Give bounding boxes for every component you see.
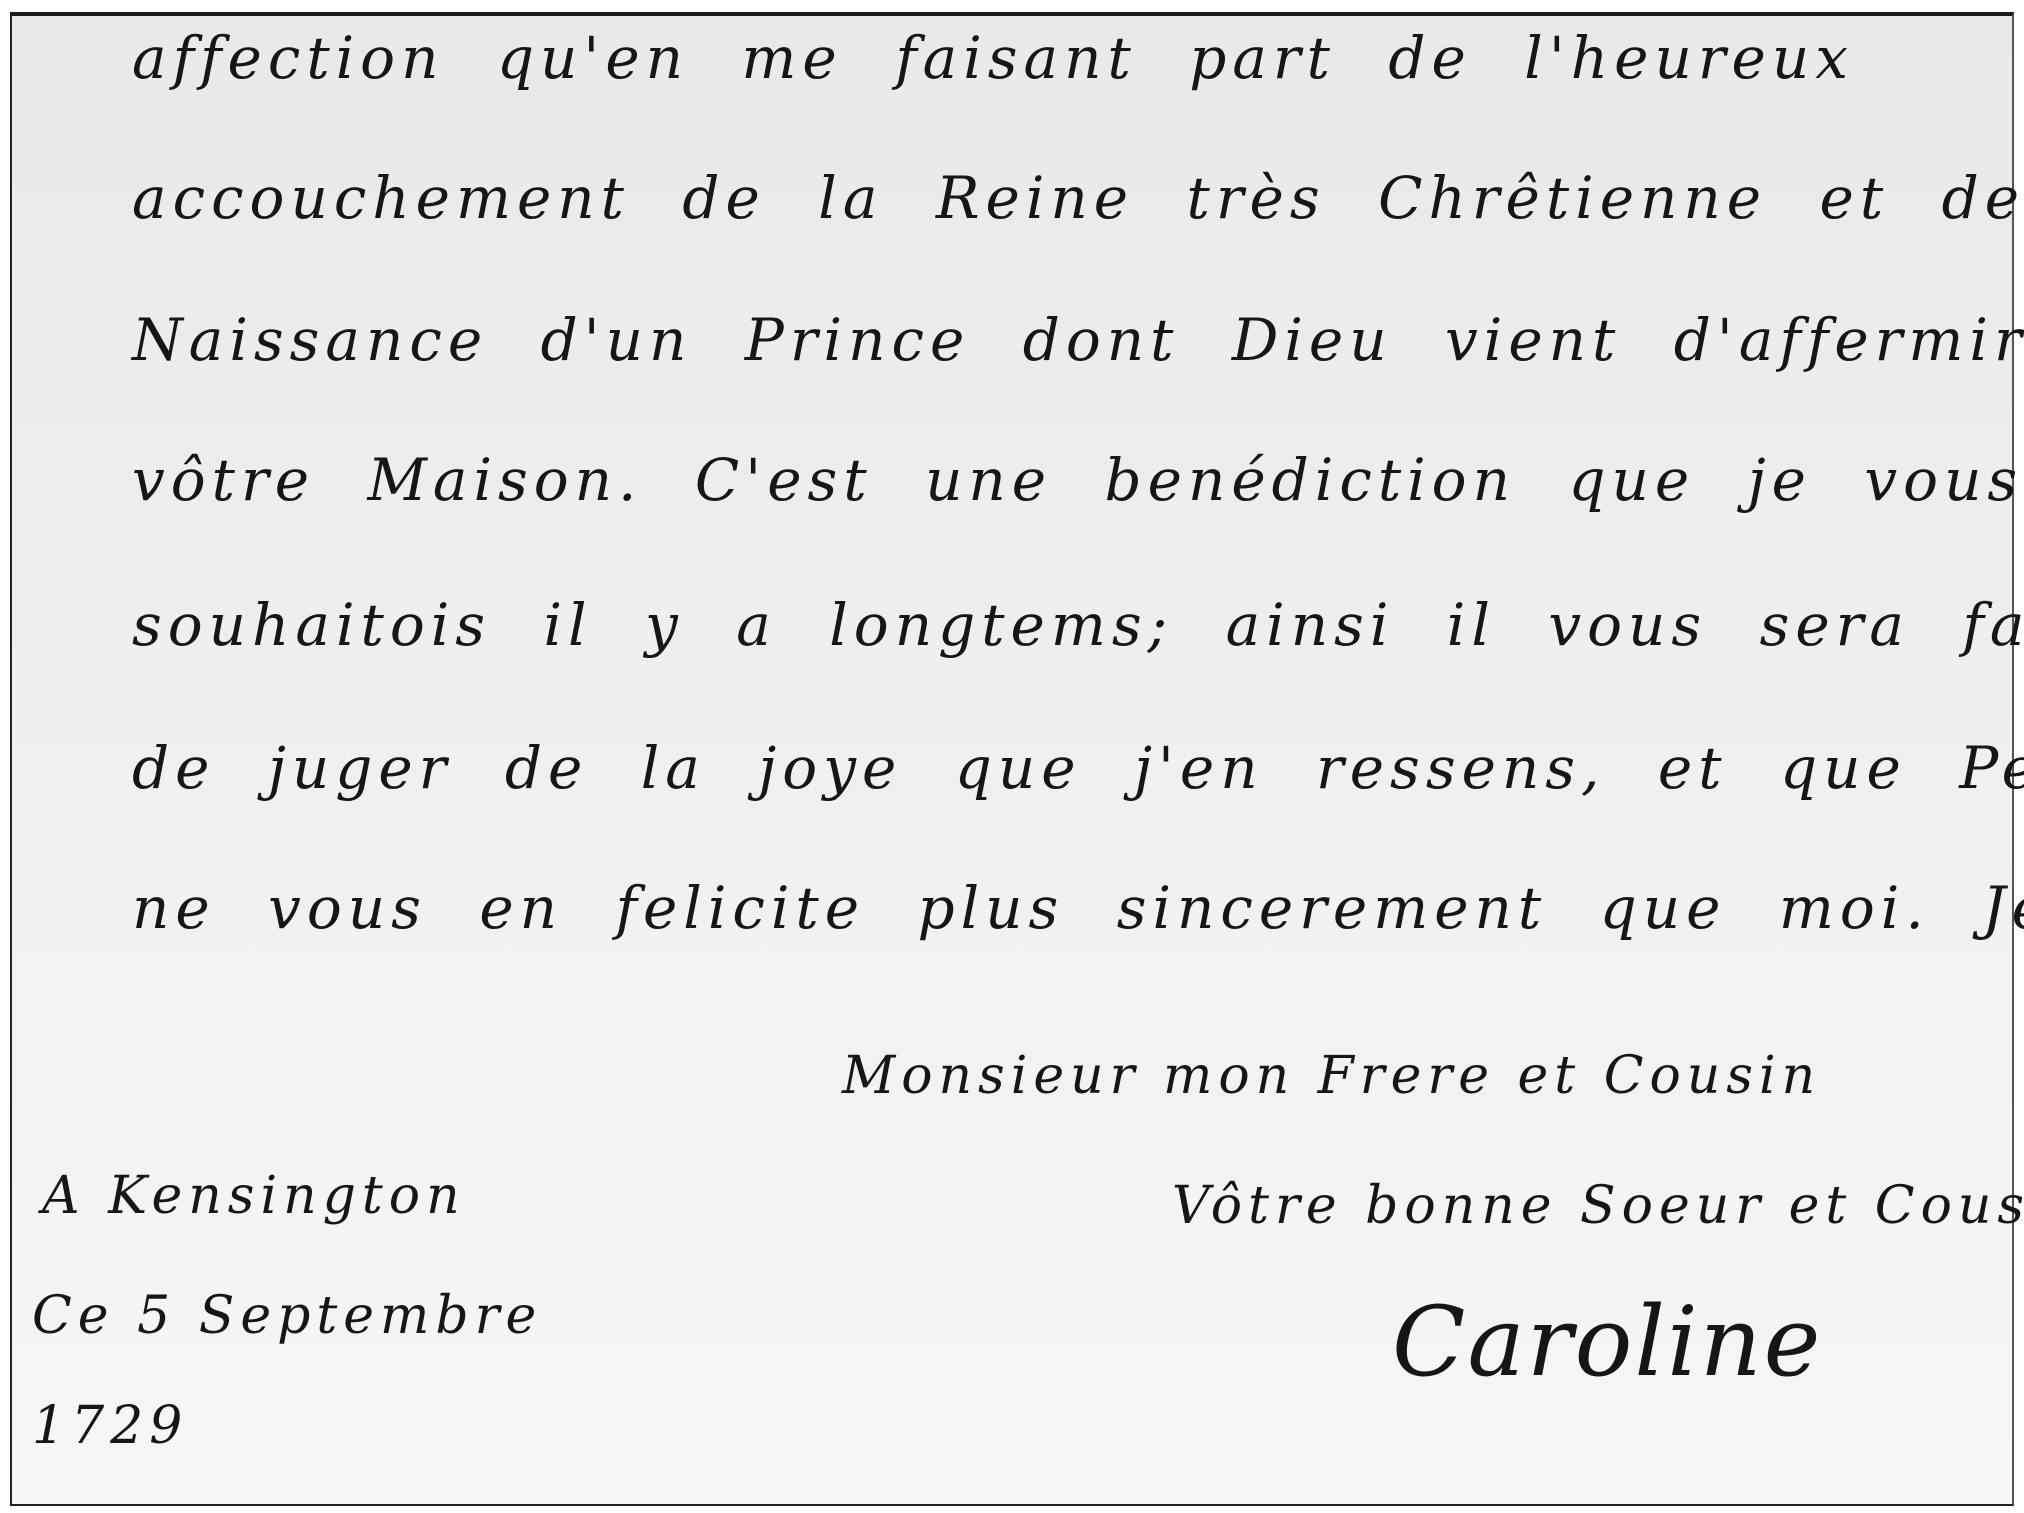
letter-line-3: Naissance d'un Prince dont Dieu vient d'…	[132, 306, 2024, 374]
letter-line-2: accouchement de la Reine très Chrêtienne…	[132, 164, 2024, 232]
year: 1729	[32, 1396, 188, 1456]
place: A Kensington	[42, 1166, 466, 1226]
letter-line-7: ne vous en felicite plus sincerement que…	[132, 874, 2024, 942]
letter-line-5: souhaitois il y a longtems; ainsi il vou…	[132, 591, 2024, 659]
date: Ce 5 Septembre	[32, 1286, 542, 1346]
letter-line-1: affection qu'en me faisant part de l'heu…	[132, 24, 1854, 92]
signature: Caroline	[1392, 1286, 1822, 1398]
salutation: Monsieur mon Frere et Cousin	[842, 1046, 1821, 1106]
letter-line-4: vôtre Maison. C'est une benédiction que …	[132, 446, 2023, 514]
letter-line-6: de juger de la joye que j'en ressens, et…	[132, 734, 2024, 802]
closing: Vôtre bonne Soeur et Cousine	[1172, 1176, 2024, 1236]
letter-page: affection qu'en me faisant part de l'heu…	[10, 12, 2014, 1506]
